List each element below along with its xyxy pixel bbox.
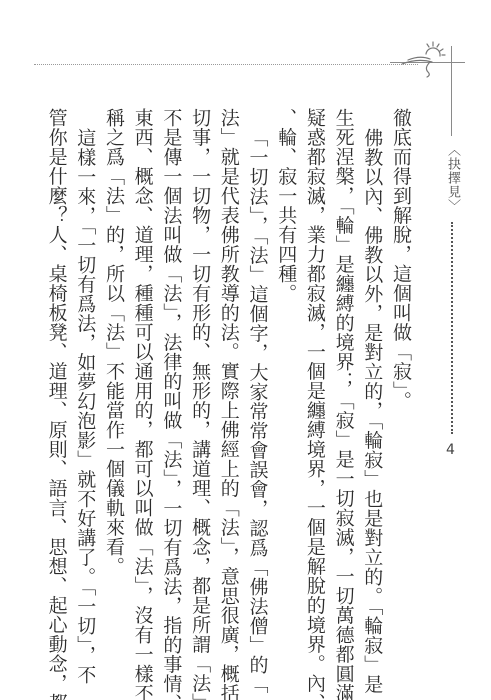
text-column: 不是傳一個法叫做「法」，法律的叫做「法」，一切有爲法，指的事情、: [157, 108, 186, 653]
text-column: 徹底而得到解脫，這個叫做「寂」。: [386, 108, 415, 653]
text-column: 切事，一切物，一切有形的、無形的，講道理、概念，都是所謂「法」。: [185, 108, 214, 653]
text-column: 稱之爲「法」的，所以「法」不能當作一個儀軌來看。: [99, 108, 128, 653]
page-number: 4: [446, 442, 455, 458]
text-column: 、輪、寂一共有四種。: [271, 108, 300, 653]
margin-vertical-rule: [451, 46, 452, 136]
text-column: 「一切法」，「法」這個字，大家常常會誤會，認爲「佛法僧」的「: [243, 108, 272, 653]
text-column: 東西、概念、道理，種種可以通用的，都可以叫做「法」，沒有一樣不能: [128, 108, 157, 653]
text-column: 管你是什麼？人、桌椅板凳、道理、原則、語言、思想、起心動念，都屬: [42, 108, 71, 653]
header-dotted-rule: [34, 64, 418, 65]
text-column: 這樣一來，「一切有爲法，如夢幻泡影」就不好講了。「一切」，不: [71, 108, 100, 653]
text-column: 疑惑都寂滅，業力都寂滅，一個是纏縛境界，一個是解脫的境界。內、外: [300, 108, 329, 653]
text-column: 法」就是代表佛所教導的法。實際上佛經上的「法」，意思很廣，概括一: [214, 108, 243, 653]
text-column: 佛教以內、佛教以外，是對立的，「輪寂」也是對立的。「輪寂」是: [358, 108, 387, 653]
dotted-leader: [451, 222, 455, 434]
running-title: 〈抉擇見〉: [441, 143, 463, 213]
body-text: 徹底而得到解脫，這個叫做「寂」。 佛教以內、佛教以外，是對立的，「輪寂」也是對立…: [42, 108, 415, 653]
sun-wave-ornament-icon: [400, 38, 450, 78]
text-column: 生死涅槃，「輪」是纏縛的境界；「寂」是一切寂滅，一切萬德都圓滿，: [329, 108, 358, 653]
